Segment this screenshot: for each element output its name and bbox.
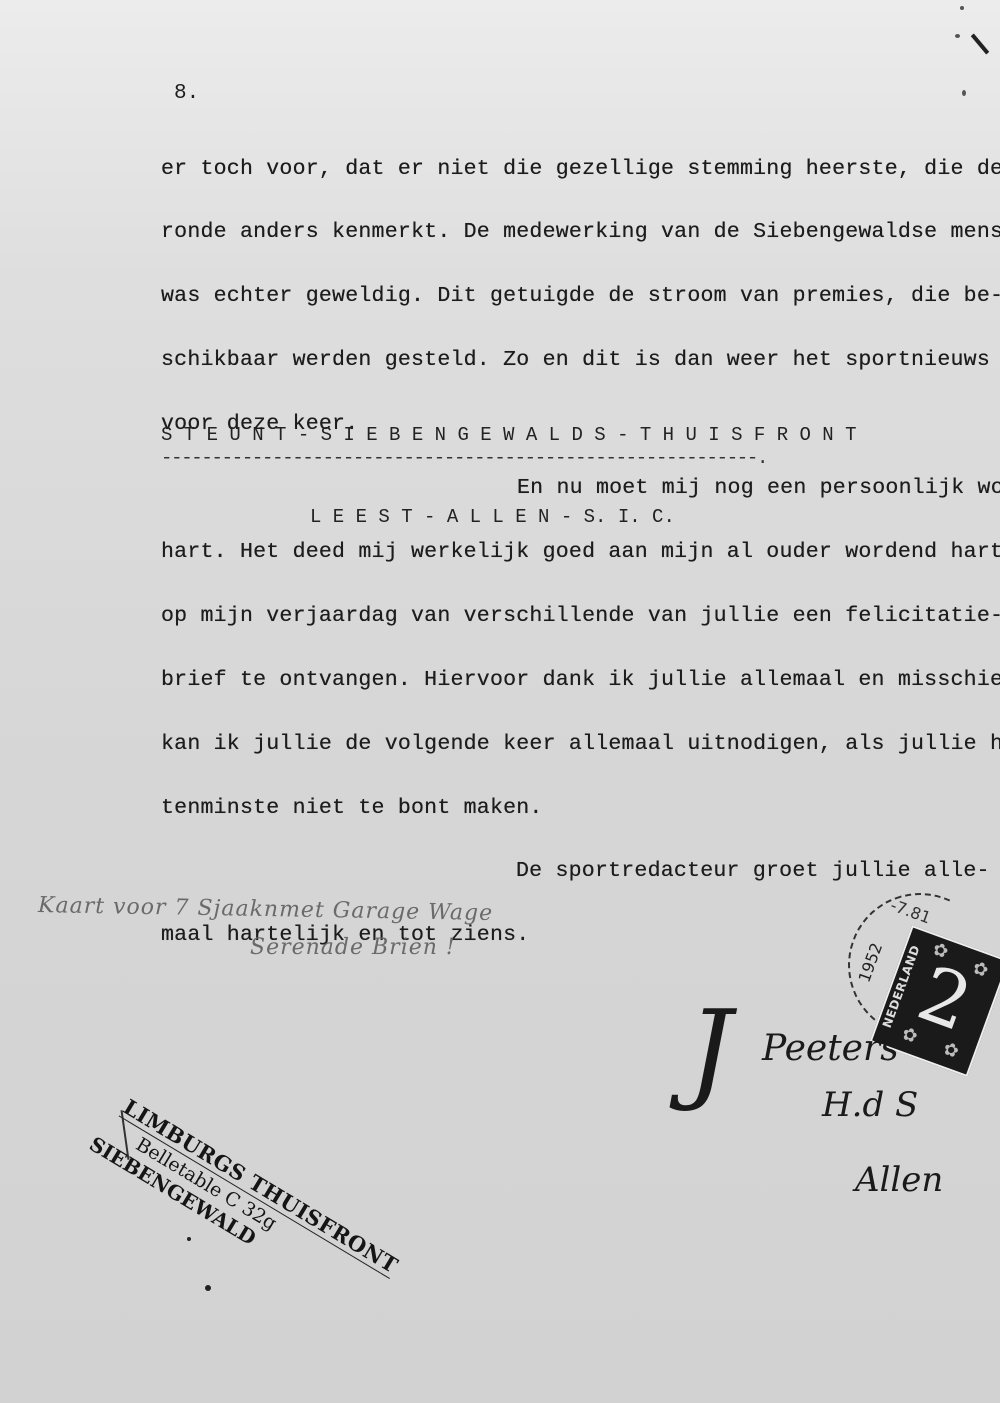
- scan-speck: [187, 1237, 191, 1241]
- body-line: De sportredacteur groet jullie alle-: [161, 861, 1000, 882]
- body-line: hart. Het deed mij werkelijk goed aan mi…: [161, 542, 1000, 563]
- signature-place: Allen: [855, 1160, 943, 1200]
- handwritten-note-line: Serenade Brien !: [250, 935, 456, 960]
- body-line: En nu moet mij nog een persoonlijk woord…: [161, 478, 1000, 499]
- scan-speck: [955, 34, 960, 38]
- corner-mark: [971, 34, 989, 55]
- signature-title: H.d S: [822, 1085, 918, 1125]
- page-number: 8.: [174, 82, 199, 105]
- body-line: ronde anders kenmerkt. De medewerking va…: [161, 222, 1000, 243]
- rubber-stamp-address: Belletable C 32g: [132, 1133, 388, 1299]
- body-line: op mijn verjaardag van verschillende van…: [161, 606, 1000, 627]
- body-line: was echter geweldig. Dit getuigde de str…: [161, 286, 1000, 307]
- body-line: kan ik jullie de volgende keer allemaal …: [161, 734, 1000, 755]
- body-line: er toch voor, dat er niet die gezellige …: [161, 159, 1000, 180]
- body-line: schikbaar werden gesteld. Zo en dit is d…: [161, 350, 1000, 371]
- signature-name: Peeters: [762, 1028, 899, 1069]
- letter-body: er toch voor, dat er niet die gezellige …: [161, 116, 1000, 989]
- scan-speck: [962, 90, 966, 96]
- signature-initial: J: [688, 995, 732, 1105]
- rubber-stamp: LIMBURGS THUISFRONT Belletable C 32g SIE…: [94, 1094, 403, 1320]
- stamp-value: 2: [909, 955, 980, 1043]
- slogan-steunt-thuisfront: S T E U N T - S I E B E N G E W A L D S …: [161, 424, 857, 446]
- scan-speck: [960, 6, 964, 10]
- body-line: tenminste niet te bont maken.: [161, 798, 1000, 819]
- body-line: brief te ontvangen. Hiervoor dank ik jul…: [161, 670, 1000, 691]
- slogan-leest-allen: L E E S T - A L L E N - S. I. C.: [310, 506, 675, 528]
- slogan-divider: ----------------------------------------…: [161, 447, 767, 469]
- scan-speck: [205, 1285, 211, 1291]
- stamp-ornament-icon: ✿: [899, 1023, 920, 1048]
- scanned-letter-page: 8. er toch voor, dat er niet die gezelli…: [0, 0, 1000, 1403]
